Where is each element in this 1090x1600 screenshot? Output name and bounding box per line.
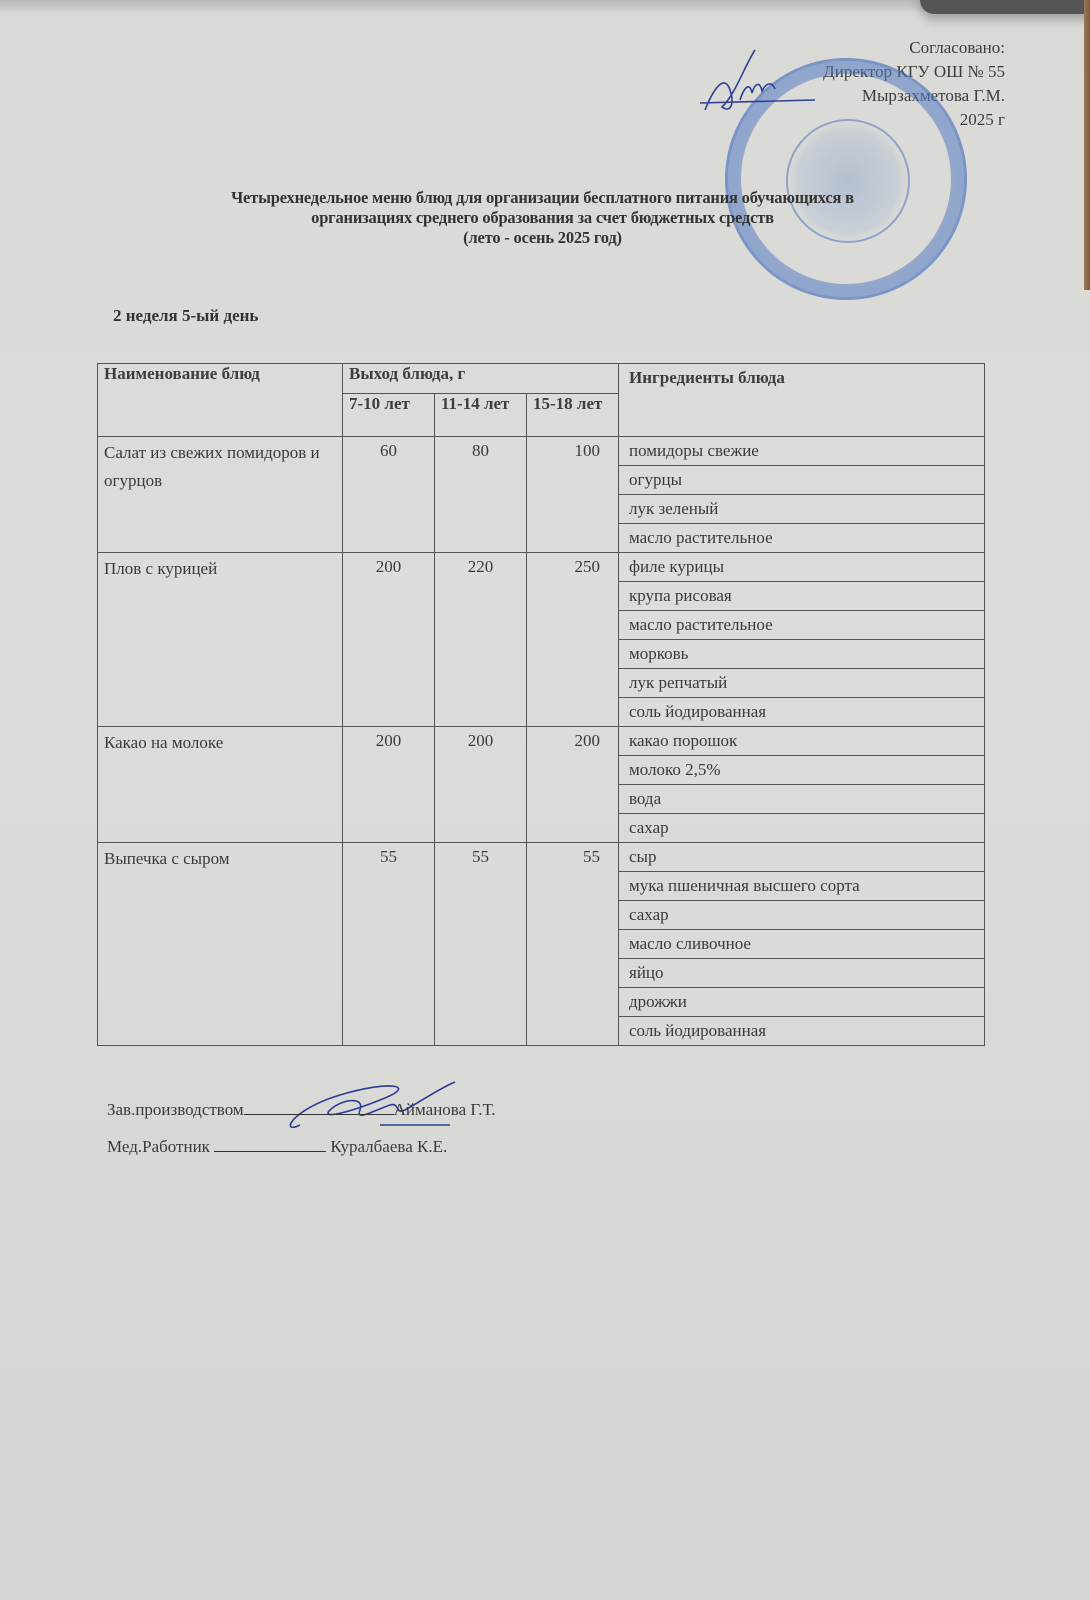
ingredient: лук зеленый xyxy=(619,495,985,524)
dish-yield: 100 xyxy=(527,437,619,553)
ingredient: дрожжи xyxy=(619,988,985,1017)
dish-yield: 200 xyxy=(527,727,619,843)
dish-yield: 80 xyxy=(435,437,527,553)
ingredient: сахар xyxy=(619,901,985,930)
table-row: Плов с курицей200220250филе курицы xyxy=(98,553,985,582)
signatures-block: Зав.производствомАйманова Г.Т. Мед.Работ… xyxy=(107,1098,496,1172)
dish-name: Какао на молоке xyxy=(98,727,343,843)
ingredient: помидоры свежие xyxy=(619,437,985,466)
ingredient: лук репчатый xyxy=(619,669,985,698)
dish-yield: 55 xyxy=(527,843,619,1046)
medic-label: Мед.Работник xyxy=(107,1137,210,1156)
medic-name: Куралбаева К.Е. xyxy=(330,1137,447,1156)
dish-yield: 200 xyxy=(435,727,527,843)
ingredient: мука пшеничная высшего сорта xyxy=(619,872,985,901)
title-line-2: организациях среднего образования за сче… xyxy=(100,208,985,228)
ingredient: какао порошок xyxy=(619,727,985,756)
director-signature xyxy=(700,45,820,115)
ingredient: яйцо xyxy=(619,959,985,988)
title-line-1: Четырехнедельное меню блюд для организац… xyxy=(100,188,985,208)
document-title: Четырехнедельное меню блюд для организац… xyxy=(100,188,985,248)
header-age-15-18: 15-18 лет xyxy=(527,394,619,437)
medic-line: Мед.Работник Куралбаева К.Е. xyxy=(107,1135,496,1172)
dish-name: Салат из свежих помидоров и огурцов xyxy=(98,437,343,553)
ingredient: соль йодированная xyxy=(619,698,985,727)
table-row: Какао на молоке200200200какао порошок xyxy=(98,727,985,756)
ingredient: соль йодированная xyxy=(619,1017,985,1046)
week-day-label: 2 неделя 5-ый день xyxy=(113,306,258,326)
ingredient: филе курицы xyxy=(619,553,985,582)
dish-name: Выпечка с сыром xyxy=(98,843,343,1046)
dish-name: Плов с курицей xyxy=(98,553,343,727)
signature-blank xyxy=(214,1135,326,1152)
background-object xyxy=(920,0,1090,14)
header-yield: Выход блюда, г xyxy=(343,364,619,394)
ingredient: молоко 2,5% xyxy=(619,756,985,785)
ingredient: морковь xyxy=(619,640,985,669)
ingredient: крупа рисовая xyxy=(619,582,985,611)
production-manager-name: Айманова Г.Т. xyxy=(394,1100,496,1119)
header-ingredients: Ингредиенты блюда xyxy=(619,364,985,437)
header-age-11-14: 11-14 лет xyxy=(435,394,527,437)
title-line-3: (лето - осень 2025 год) xyxy=(100,228,985,248)
table-row: Салат из свежих помидоров и огурцов60801… xyxy=(98,437,985,466)
dish-yield: 200 xyxy=(343,553,435,727)
ingredient: вода xyxy=(619,785,985,814)
dish-yield: 55 xyxy=(435,843,527,1046)
dish-yield: 60 xyxy=(343,437,435,553)
menu-table: Наименование блюд Выход блюда, г Ингреди… xyxy=(97,363,985,1046)
production-manager-line: Зав.производствомАйманова Г.Т. xyxy=(107,1098,496,1135)
approval-label: Согласовано: xyxy=(823,36,1005,60)
ingredient: сахар xyxy=(619,814,985,843)
signature-blank xyxy=(244,1098,394,1115)
dish-yield: 250 xyxy=(527,553,619,727)
header-age-7-10: 7-10 лет xyxy=(343,394,435,437)
ingredient: огурцы xyxy=(619,466,985,495)
table-row: Выпечка с сыром555555сыр xyxy=(98,843,985,872)
header-dish-name: Наименование блюд xyxy=(98,364,343,437)
production-manager-label: Зав.производством xyxy=(107,1100,244,1119)
dish-yield: 220 xyxy=(435,553,527,727)
ingredient: масло растительное xyxy=(619,524,985,553)
table-edge xyxy=(1084,0,1090,290)
ingredient: масло сливочное xyxy=(619,930,985,959)
ingredient: масло растительное xyxy=(619,611,985,640)
dish-yield: 200 xyxy=(343,727,435,843)
dish-yield: 55 xyxy=(343,843,435,1046)
ingredient: сыр xyxy=(619,843,985,872)
